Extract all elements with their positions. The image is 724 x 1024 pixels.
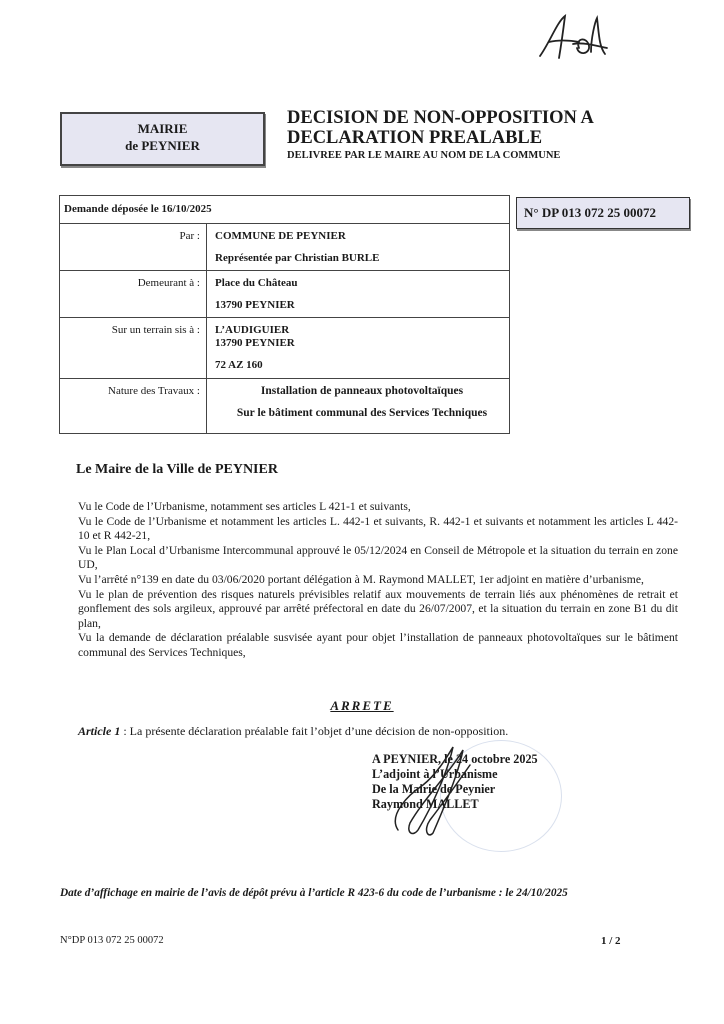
initials-signature [535, 12, 625, 62]
applicant-representative: Représentée par Christian BURLE [215, 252, 509, 264]
table-row: Par : COMMUNE DE PEYNIER Représentée par… [60, 224, 510, 271]
considerant: Vu le Plan Local d’Urbanisme Intercommun… [78, 544, 678, 573]
table-row: Nature des Travaux : Installation de pan… [60, 379, 510, 434]
document-title: DECISION DE NON-OPPOSITION A DECLARATION… [287, 108, 594, 148]
considerant: Vu le Code de l’Urbanisme, notamment ses… [78, 500, 678, 515]
title-line2: DECLARATION PREALABLE [287, 128, 594, 148]
applicant-name: COMMUNE DE PEYNIER [215, 230, 509, 242]
request-table: Demande déposée le 16/10/2025 Par : COMM… [59, 195, 510, 434]
considerants: Vu le Code de l’Urbanisme, notamment ses… [78, 500, 678, 661]
row-value: Installation de panneaux photovoltaïques… [207, 379, 510, 434]
row-label: Demeurant à : [60, 271, 207, 318]
document-subtitle: DELIVREE PAR LE MAIRE AU NOM DE LA COMMU… [287, 150, 560, 161]
row-label: Nature des Travaux : [60, 379, 207, 434]
dp-reference-box: N° DP 013 072 25 00072 [516, 197, 690, 229]
footer-reference: N°DP 013 072 25 00072 [60, 935, 164, 946]
title-line1: DECISION DE NON-OPPOSITION A [287, 108, 594, 128]
row-value: COMMUNE DE PEYNIER Représentée par Chris… [207, 224, 510, 271]
works-line2: Sur le bâtiment communal des Services Te… [215, 407, 509, 419]
considerant: Vu le plan de prévention des risques nat… [78, 588, 678, 632]
handwritten-signature [378, 745, 488, 840]
considerant: Vu l’arrêté n°139 en date du 03/06/2020 … [78, 573, 678, 588]
address-line2: 13790 PEYNIER [215, 299, 509, 311]
mayor-heading: Le Maire de la Ville de PEYNIER [76, 462, 278, 478]
issuer-box: MAIRIE de PEYNIER [60, 112, 265, 166]
issuer-line1: MAIRIE [62, 120, 263, 137]
article-label: Article 1 [78, 724, 120, 738]
terrain-city: 13790 PEYNIER [215, 337, 509, 349]
row-label: Par : [60, 224, 207, 271]
deposit-date: Demande déposée le 16/10/2025 [60, 196, 510, 224]
table-row: Sur un terrain sis à : L’AUDIGUIER 13790… [60, 318, 510, 379]
considerant: Vu le Code de l’Urbanisme et notamment l… [78, 515, 678, 544]
considerant: Vu la demande de déclaration préalable s… [78, 631, 678, 660]
issuer-line2: de PEYNIER [62, 137, 263, 154]
posting-date-notice: Date d’affichage en mairie de l’avis de … [60, 887, 568, 899]
row-label: Sur un terrain sis à : [60, 318, 207, 379]
row-value: L’AUDIGUIER 13790 PEYNIER 72 AZ 160 [207, 318, 510, 379]
row-value: Place du Château 13790 PEYNIER [207, 271, 510, 318]
terrain-name: L’AUDIGUIER [215, 324, 509, 336]
table-row: Demeurant à : Place du Château 13790 PEY… [60, 271, 510, 318]
address-line1: Place du Château [215, 277, 509, 289]
article-1: Article 1 : La présente déclaration préa… [78, 724, 508, 739]
works-line1: Installation de panneaux photovoltaïques [215, 385, 509, 397]
arrete-heading: ARRETE [0, 698, 724, 714]
cadastral-ref: 72 AZ 160 [215, 359, 509, 371]
article-text: : La présente déclaration préalable fait… [120, 724, 508, 738]
page-number: 1 / 2 [601, 935, 621, 947]
